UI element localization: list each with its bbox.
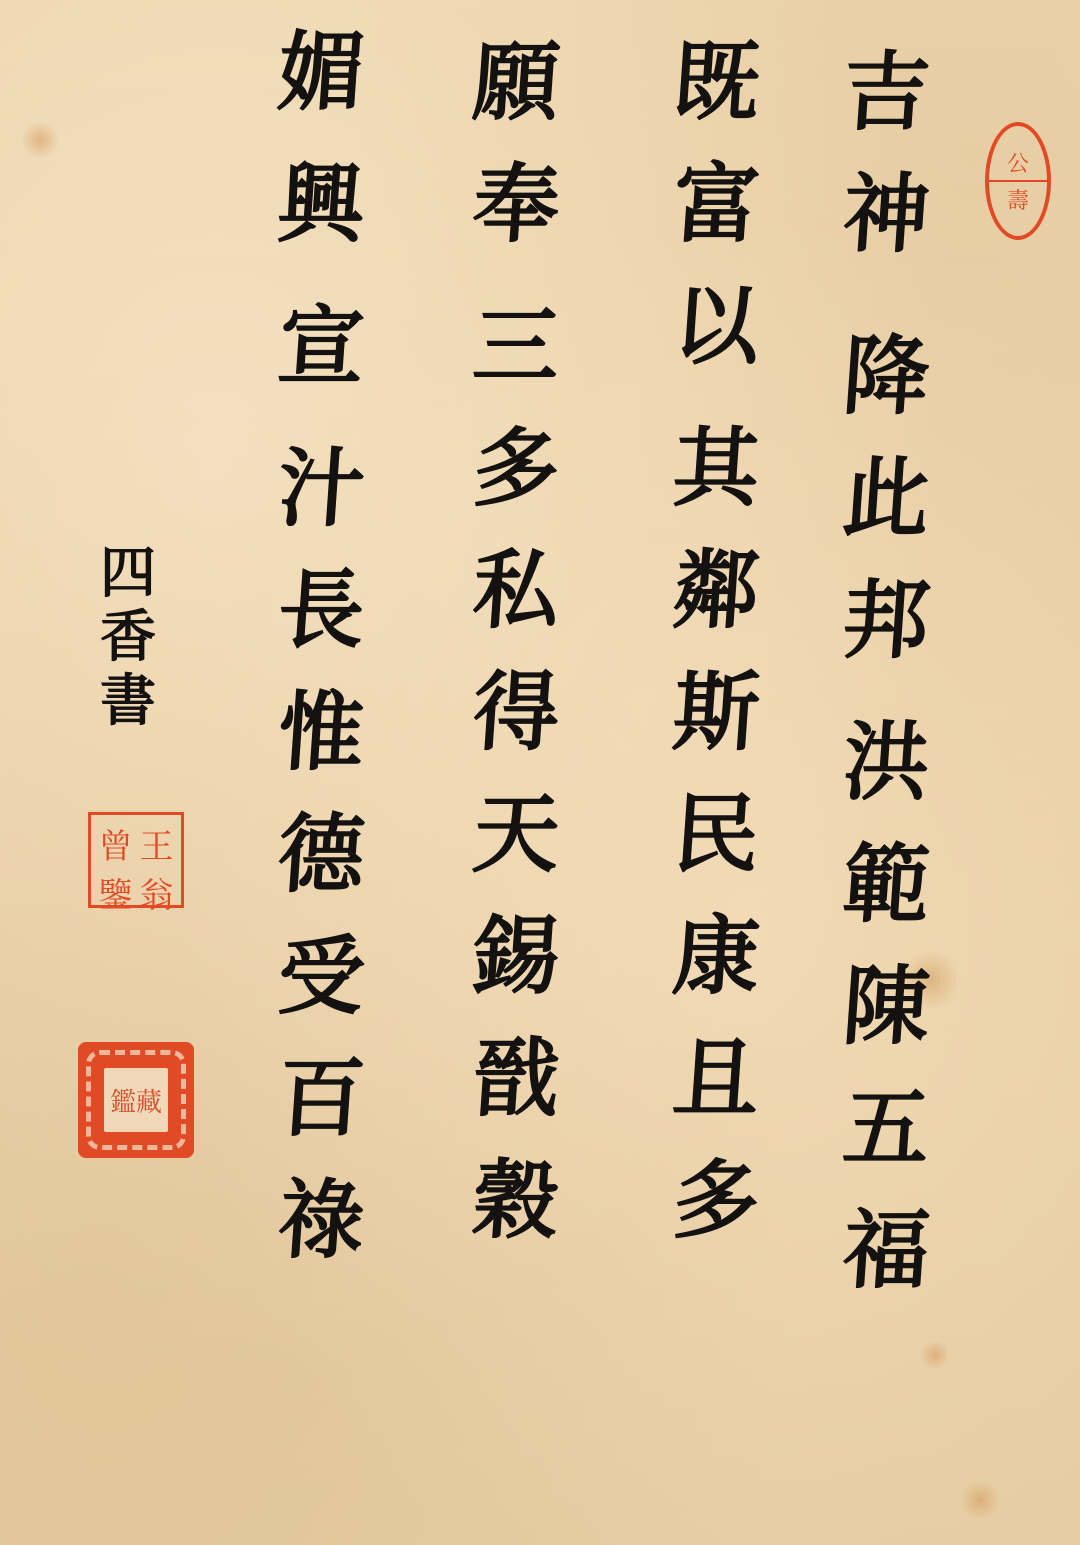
character: 奉: [456, 162, 575, 284]
signature-character: 四: [100, 545, 156, 609]
character: 惟: [261, 690, 380, 812]
character: 三: [456, 304, 575, 426]
artist-signature: 四 香 書: [100, 545, 156, 737]
text-column-3: 願 奉 三 多 私 得 天 錫 戩 穀: [460, 40, 570, 1280]
character: 神: [826, 172, 945, 294]
character: 康: [656, 914, 775, 1036]
text-column-2: 既 富 以 其 鄰 斯 民 康 且 多: [660, 40, 770, 1280]
foxing-stain: [20, 120, 60, 160]
signature-character: 香: [100, 609, 156, 673]
seal-character: 壽: [1007, 184, 1029, 215]
character: 汁: [261, 446, 380, 568]
character: 五: [826, 1086, 945, 1208]
foxing-stain: [960, 1480, 1000, 1520]
character: 富: [656, 162, 775, 284]
character: 且: [656, 1036, 775, 1158]
character: 得: [456, 670, 575, 792]
character: 民: [656, 792, 775, 914]
seal-character: 鑒: [95, 868, 136, 917]
seal-divider: [989, 180, 1047, 182]
character: 邦: [826, 578, 945, 700]
text-column-1: 吉 神 降 此 邦 洪 範 陳 五 福: [830, 50, 940, 1330]
character: 興: [261, 162, 380, 284]
character: 陳: [826, 964, 945, 1086]
character: 德: [261, 812, 380, 934]
text-column-4: 媚 興 宣 汁 長 惟 德 受 百 祿: [265, 30, 375, 1300]
character: 鄰: [656, 548, 775, 670]
character: 範: [826, 842, 945, 964]
character: 此: [826, 456, 945, 578]
character: 戩: [456, 1036, 575, 1158]
name-seal: 曾 王 鑒 翁: [88, 812, 184, 908]
character: 願: [456, 40, 575, 162]
character: 多: [456, 426, 575, 548]
character: 宣: [261, 304, 380, 426]
character: 祿: [261, 1178, 380, 1300]
seal-character: 公: [1007, 147, 1029, 178]
seal-character: 王: [136, 819, 177, 868]
character: 長: [261, 568, 380, 690]
foxing-stain: [920, 1340, 950, 1370]
character: 既: [656, 40, 775, 162]
character: 受: [261, 934, 380, 1056]
character: 其: [656, 426, 775, 548]
signature-character: 書: [100, 673, 156, 737]
character: 以: [656, 284, 775, 406]
character: 媚: [261, 30, 380, 152]
character: 錫: [456, 914, 575, 1036]
character: 私: [456, 548, 575, 670]
character: 洪: [826, 720, 945, 842]
seal-character: 翁: [136, 868, 177, 917]
character: 福: [826, 1208, 945, 1330]
dragon-collector-seal: 鑑 藏: [78, 1042, 194, 1158]
oval-seal: 公 壽: [985, 122, 1051, 240]
character: 斯: [656, 670, 775, 792]
dragon-border-icon: [86, 1050, 186, 1150]
character: 天: [456, 792, 575, 914]
character: 降: [826, 334, 945, 456]
character: 百: [261, 1056, 380, 1178]
seal-character: 曾: [95, 819, 136, 868]
character: 吉: [826, 50, 945, 172]
character: 穀: [456, 1158, 575, 1280]
character: 多: [656, 1158, 775, 1280]
